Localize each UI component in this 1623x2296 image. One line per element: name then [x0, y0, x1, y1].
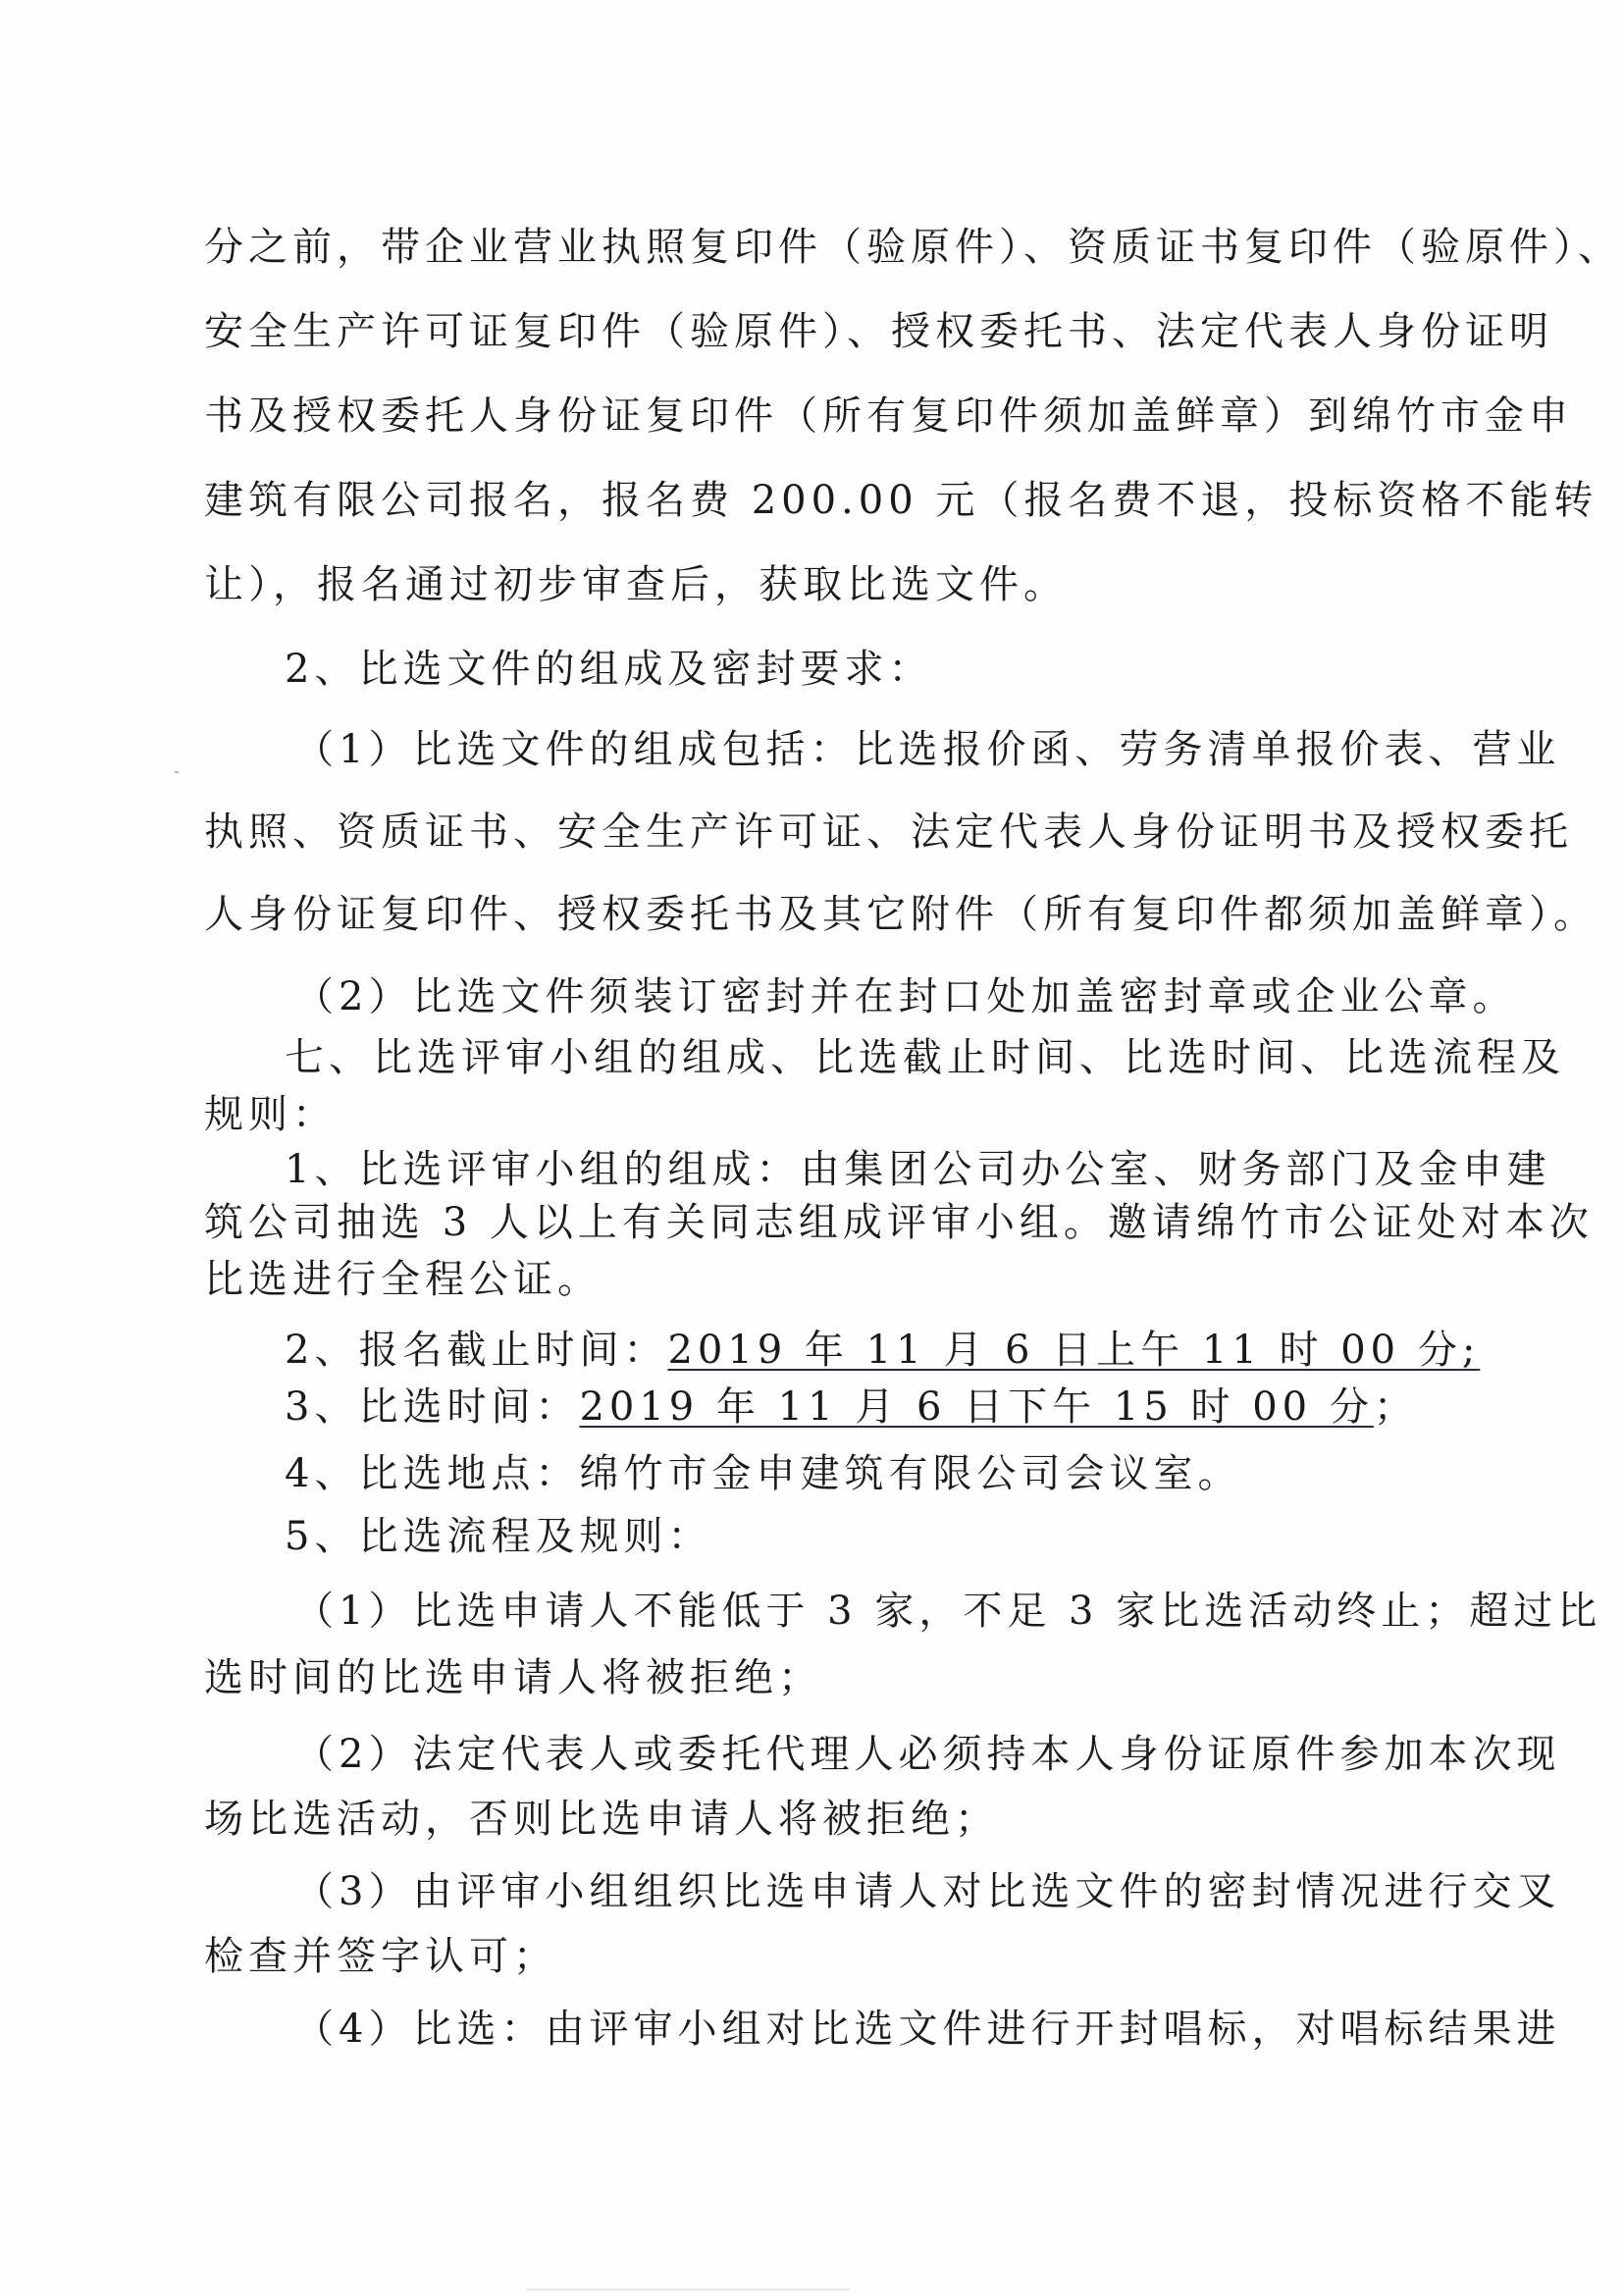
paragraph-line: 检查并签字认可； [204, 1933, 557, 1980]
subsection-heading: 5、比选流程及规则： [285, 1513, 711, 1560]
paragraph-line: 建筑有限公司报名，报名费 200.00 元（报名费不退，投标资格不能转 [204, 477, 1597, 524]
scan-bleed-mark [526, 2288, 850, 2291]
paragraph-line: 人身份证复印件、授权委托书及其它附件（所有复印件都须加盖鲜章）。 [204, 891, 1597, 938]
selection-time-label: 3、比选时间： [285, 1384, 579, 1430]
deadline-label: 2、报名截止时间： [285, 1328, 667, 1373]
document-page: 分之前，带企业营业执照复印件（验原件）、资质证书复印件（验原件）、 安全生产许可… [0, 0, 1623, 2296]
paragraph-line: 安全生产许可证复印件（验原件）、授权委托书、法定代表人身份证明 [204, 308, 1553, 355]
selection-time-suffix: ； [1374, 1384, 1418, 1430]
list-item: （2）比选文件须装订密封并在封口处加盖密封章或企业公章。 [294, 973, 1516, 1020]
paragraph-line: 筑公司抽选 3 人以上有关同志组成评审小组。邀请绵竹市公证处对本次 [204, 1199, 1594, 1246]
paragraph-line: 选时间的比选申请人将被拒绝； [204, 1654, 822, 1701]
scan-mark [175, 771, 179, 773]
deadline-value: 2019 年 11 月 6 日上午 11 时 00 分 [667, 1328, 1461, 1373]
paragraph-line: 执照、资质证书、安全生产许可证、法定代表人身份证明书及授权委托 [204, 809, 1573, 856]
selection-time-value: 2019 年 11 月 6 日下午 15 时 00 分 [579, 1384, 1373, 1430]
paragraph-line: 分之前，带企业营业执照复印件（验原件）、资质证书复印件（验原件）、 [204, 224, 1622, 271]
deadline-line: 2、报名截止时间：2019 年 11 月 6 日上午 11 时 00 分; [285, 1327, 1480, 1374]
selection-time-line: 3、比选时间：2019 年 11 月 6 日下午 15 时 00 分； [285, 1383, 1418, 1431]
chapter-heading-cont: 规则： [204, 1091, 337, 1138]
rule-item: （4）比选：由评审小组对比选文件进行开封唱标，对唱标结果进 [294, 2006, 1560, 2053]
rule-item: （3）由评审小组组织比选申请人对比选文件的密封情况进行交叉 [294, 1868, 1560, 1915]
section-heading: 2、比选文件的组成及密封要求： [285, 646, 932, 693]
rule-item: （1）比选申请人不能低于 3 家，不足 3 家比选活动终止；超过比 [294, 1588, 1601, 1635]
rule-item: （2）法定代表人或委托代理人必须持本人身份证原件参加本次现 [294, 1731, 1560, 1778]
list-item: 1、比选评审小组的组成：由集团公司办公室、财务部门及金申建 [285, 1146, 1550, 1193]
chapter-heading: 七、比选评审小组的组成、比选截止时间、比选时间、比选流程及 [285, 1034, 1565, 1081]
list-item: （1）比选文件的组成包括：比选报价函、劳务清单报价表、营业 [294, 726, 1560, 773]
deadline-suffix: ; [1462, 1328, 1480, 1373]
paragraph-line: 让），报名通过初步审查后，获取比选文件。 [204, 561, 1068, 608]
paragraph-line: 场比选活动，否则比选申请人将被拒绝； [204, 1796, 999, 1843]
paragraph-line: 书及授权委托人身份证复印件（所有复印件须加盖鲜章）到绵竹市金申 [204, 392, 1573, 440]
location-line: 4、比选地点：绵竹市金申建筑有限公司会议室。 [285, 1450, 1241, 1497]
paragraph-line: 比选进行全程公证。 [204, 1256, 602, 1303]
